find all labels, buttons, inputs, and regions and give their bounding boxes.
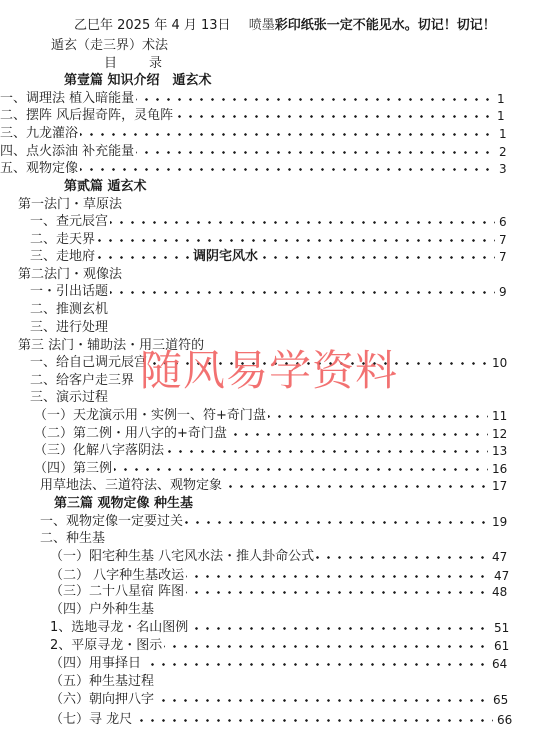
toc-page-number: 11 xyxy=(490,408,507,424)
toc-entry-label: 2、平原寻龙・图示 xyxy=(50,638,164,654)
toc-entry-label: （五）种生基过程 xyxy=(50,674,156,690)
toc-entry-label: 二、摆阵 风后握奇阵，灵龟阵 xyxy=(0,108,175,124)
toc-entry-label: 第壹篇 知识介绍 遁玄术 xyxy=(64,73,214,89)
toc-entry-label: 三、演示过程 xyxy=(30,390,110,406)
dot-leader xyxy=(50,256,495,259)
toc-page-number: 47 xyxy=(490,549,507,565)
toc-entry-label: 三、进行处理 xyxy=(30,320,110,336)
toc-entry[interactable]: （四）第三例16 xyxy=(0,461,541,477)
toc-entry-label: 一、观物定像一定要过关 xyxy=(40,514,185,530)
toc-inline-note: 调阴宅风水 xyxy=(190,249,261,265)
toc-page-number: 61 xyxy=(492,638,509,654)
toc-entry-label: （三）二十八星宿 阵图 xyxy=(50,584,186,600)
toc-entry[interactable]: 二、走天界7 xyxy=(0,232,541,248)
toc-page-number: 47 xyxy=(492,568,509,584)
toc-entry-label: 五、观物定像 xyxy=(0,161,80,177)
toc-page-number: 51 xyxy=(492,620,509,636)
toc-entry[interactable]: 四、点火添油 补充能量2 xyxy=(0,144,541,160)
toc-entry[interactable]: 一・引出话题9 xyxy=(0,284,541,300)
toc-page-number: 66 xyxy=(495,712,512,728)
toc-page-number: 16 xyxy=(490,461,507,477)
toc-entry[interactable]: 三、走地府7调阴宅风水 xyxy=(0,249,541,265)
dot-leader xyxy=(50,291,495,294)
toc-entry-label: 二、给客户走三界 xyxy=(30,373,136,389)
toc-entry[interactable]: 五、观物定像3 xyxy=(0,161,541,177)
dot-leader xyxy=(50,221,495,224)
toc-entry-label: （四）户外种生基 xyxy=(50,602,156,618)
toc-entry-label: 用草地法、三道符法、观物定象 xyxy=(40,478,224,494)
toc-entry-label: 第三篇 观物定像 种生基 xyxy=(54,496,195,512)
toc-entry-label: 三、走地府 xyxy=(30,249,97,265)
toc-page-number: 6 xyxy=(497,214,507,230)
toc-entry-label: （二）第二例・用八字的+奇门盘 xyxy=(34,426,229,442)
toc-entry[interactable]: 二、摆阵 风后握奇阵，灵龟阵1 xyxy=(0,108,541,124)
toc-heading: 目录 xyxy=(104,56,162,72)
toc-page-number: 48 xyxy=(490,584,507,600)
toc-entry-label: （四）用事择日 xyxy=(50,656,143,672)
toc-entry-label: 第贰篇 遁玄术 xyxy=(64,179,149,195)
toc-entry-label: 一、调理法 植入暗能量 xyxy=(0,91,136,107)
toc-entry[interactable]: 用草地法、三道符法、观物定象17 xyxy=(0,478,541,494)
toc-section-heading: （四）户外种生基 xyxy=(0,602,541,618)
document-title: 遁玄（走三界）术法 xyxy=(51,38,168,54)
toc-section-heading: 第一法门・草原法 xyxy=(0,197,541,213)
toc-entry[interactable]: （一）阳宅种生基 八宅风水法・推人卦命公式47 xyxy=(0,549,541,565)
toc-entry-label: 一、给自己调元辰宫 xyxy=(30,355,149,371)
toc-entry[interactable]: （三）二十八星宿 阵图48 xyxy=(0,584,541,600)
toc-entry-label: 第一法门・草原法 xyxy=(18,197,124,213)
toc-entry-label: （六）朝向押八字 xyxy=(50,692,156,708)
toc-page-number: 17 xyxy=(490,478,507,494)
toc-entry-label: （一）阳宅种生基 八宅风水法・推人卦命公式 xyxy=(50,549,316,565)
toc-page-number: 2 xyxy=(497,144,507,160)
dot-leader xyxy=(20,133,495,136)
toc-page-number: 65 xyxy=(491,692,508,708)
toc-page-number: 9 xyxy=(497,284,507,300)
toc-entry-label: 四、点火添油 补充能量 xyxy=(0,144,136,160)
toc-page-number: 10 xyxy=(490,355,507,371)
toc-entry[interactable]: 2、平原寻龙・图示61 xyxy=(0,638,541,654)
toc-part-heading: 第壹篇 知识介绍 遁玄术 xyxy=(0,73,541,89)
page-header: 乙巳年 2025 年 4 月 13日 喷墨彩印纸张一定不能见水。切记！切记！ xyxy=(74,18,496,34)
toc-entry-label: 一、查元辰宫 xyxy=(30,214,110,230)
toc-entry[interactable]: 三、九龙灌浴1 xyxy=(0,126,541,142)
toc-entry[interactable]: 1、选地寻龙・名山图例51 xyxy=(0,620,541,636)
toc-entry[interactable]: （二）第二例・用八字的+奇门盘12 xyxy=(0,426,541,442)
toc-entry-label: （一）天龙演示用・实例一、符+奇门盘 xyxy=(34,408,268,424)
toc-entry-label: （七）寻 龙尺 xyxy=(50,712,134,728)
toc-page-number: 3 xyxy=(497,161,507,177)
toc-page-number: 1 xyxy=(495,108,505,124)
header-date: 乙巳年 2025 年 4 月 13日 xyxy=(74,18,231,33)
dot-leader xyxy=(20,168,495,171)
toc-entry[interactable]: （四）用事择日64 xyxy=(0,656,541,672)
dot-leader xyxy=(54,468,488,471)
toc-entry-label: 二、推测玄机 xyxy=(30,302,110,318)
toc-page-number: 13 xyxy=(490,443,507,459)
toc-section-heading: （五）种生基过程 xyxy=(0,674,541,690)
toc-section-heading: 二、推测玄机 xyxy=(0,302,541,318)
toc-page-number: 12 xyxy=(490,426,507,442)
toc-entry[interactable]: （七）寻 龙尺66 xyxy=(0,712,541,728)
toc-entry-label: （三）化解八字落阴法 xyxy=(34,443,166,459)
toc-part-heading: 第贰篇 遁玄术 xyxy=(0,179,541,195)
toc-section-heading: 第二法门・观像法 xyxy=(0,267,541,283)
toc-page-number: 7 xyxy=(497,249,507,265)
header-warning-note: 喷墨彩印纸张一定不能见水。切记！切记！ xyxy=(249,18,496,33)
toc-page-number: 19 xyxy=(490,514,507,530)
toc-entry[interactable]: 一、查元辰宫6 xyxy=(0,214,541,230)
toc-entry-label: 二、种生基 xyxy=(40,531,107,547)
toc-entry-label: 第二法门・观像法 xyxy=(18,267,124,283)
toc-page-number: 64 xyxy=(490,656,507,672)
toc-part-heading: 第三篇 观物定像 种生基 xyxy=(0,496,541,512)
toc-entry[interactable]: （六）朝向押八字65 xyxy=(0,692,541,708)
toc-entry[interactable]: （三）化解八字落阴法13 xyxy=(0,443,541,459)
watermark: 随风易学资料 xyxy=(140,345,398,397)
toc-entry-label: 三、九龙灌浴 xyxy=(0,126,80,142)
toc-entry-label: 二、走天界 xyxy=(30,232,97,248)
toc-entry-label: 一・引出话题 xyxy=(30,284,110,300)
toc-entry[interactable]: （二） 八字种生基改运47 xyxy=(0,568,541,584)
toc-entry[interactable]: （一）天龙演示用・实例一、符+奇门盘11 xyxy=(0,408,541,424)
toc-entry-label: 1、选地寻龙・名山图例 xyxy=(50,620,190,636)
toc-page-number: 1 xyxy=(495,91,505,107)
toc-entry[interactable]: 一、调理法 植入暗能量1 xyxy=(0,91,541,107)
toc-page-number: 7 xyxy=(497,232,507,248)
toc-entry-label: （二） 八字种生基改运 xyxy=(50,568,186,584)
toc-section-heading: 三、进行处理 xyxy=(0,320,541,336)
toc-entry[interactable]: 一、观物定像一定要过关19 xyxy=(0,514,541,530)
toc-entry-label: （四）第三例 xyxy=(34,461,114,477)
toc-page-number: 1 xyxy=(497,126,507,142)
dot-leader xyxy=(50,239,495,242)
toc-section-heading: 二、种生基 xyxy=(0,531,541,547)
